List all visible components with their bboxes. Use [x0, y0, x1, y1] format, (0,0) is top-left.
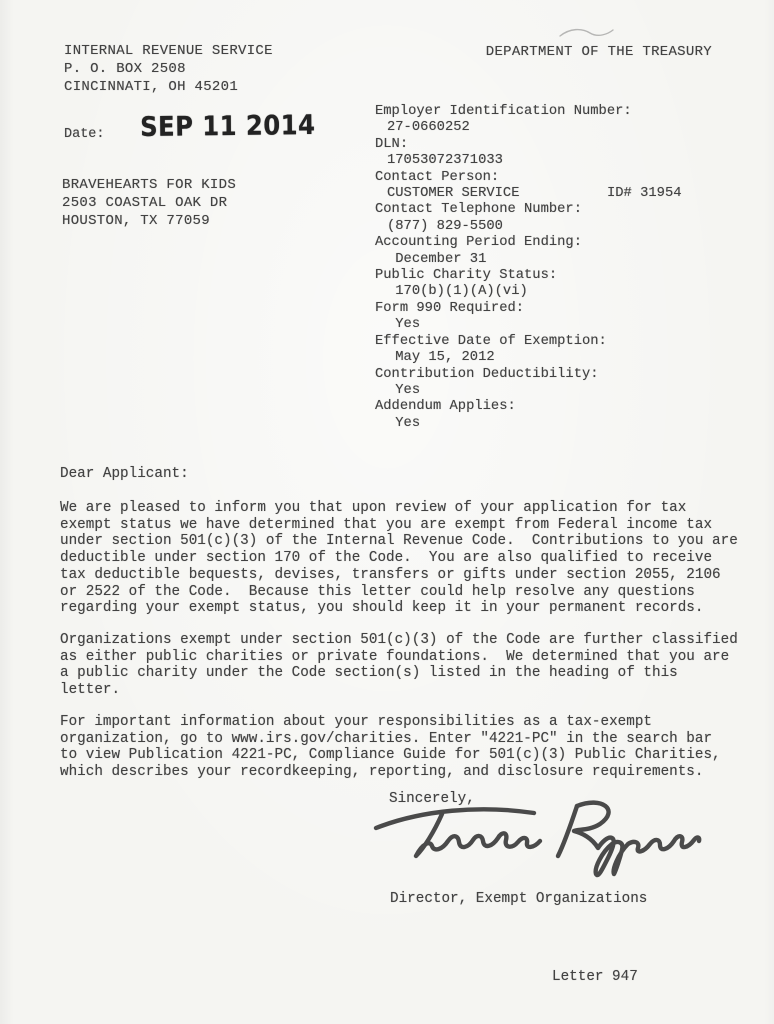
letter-page: INTERNAL REVENUE SERVICE P. O. BOX 2508 …: [0, 0, 774, 1024]
info-label: Effective Date of Exemption:: [375, 334, 735, 350]
sender-address: INTERNAL REVENUE SERVICE P. O. BOX 2508 …: [64, 42, 273, 96]
info-label: Contribution Deductibility:: [375, 367, 735, 383]
signature: Tamera Ripperda: [370, 792, 702, 884]
recipient-address: BRAVEHEARTS FOR KIDS 2503 COASTAL OAK DR…: [62, 176, 236, 230]
letter-number: Letter 947: [552, 969, 638, 985]
info-value: May 15, 2012: [375, 350, 735, 366]
info-value: CUSTOMER SERVICE: [375, 186, 519, 201]
sender-line-1: INTERNAL REVENUE SERVICE: [64, 42, 273, 60]
signature-handwriting: [370, 792, 702, 884]
sender-line-2: P. O. BOX 2508: [64, 60, 273, 78]
info-item-contact-person: Contact Person: CUSTOMER SERVICE ID# 319…: [375, 170, 735, 203]
info-label: Form 990 Required:: [375, 301, 735, 317]
info-value: (877) 829-5500: [375, 219, 735, 235]
date-stamp: SEP 11 2014: [140, 110, 316, 143]
body-paragraph-1: We are pleased to inform you that upon r…: [60, 500, 766, 617]
info-list: Employer Identification Number: 27-06602…: [375, 104, 735, 432]
info-item-contact-phone: Contact Telephone Number: (877) 829-5500: [375, 202, 735, 235]
info-item-effective-date: Effective Date of Exemption: May 15, 201…: [375, 334, 735, 367]
body-paragraph-2: Organizations exempt under section 501(c…: [60, 632, 766, 699]
info-item-form-990: Form 990 Required: Yes: [375, 301, 735, 334]
salutation: Dear Applicant:: [60, 466, 189, 482]
sender-line-3: CINCINNATI, OH 45201: [64, 78, 273, 96]
info-value: December 31: [375, 252, 735, 268]
info-item-addendum: Addendum Applies: Yes: [375, 399, 735, 432]
signer-title: Director, Exempt Organizations: [390, 891, 647, 907]
info-item-deductibility: Contribution Deductibility: Yes: [375, 367, 735, 400]
body-paragraph-3: For important information about your res…: [60, 714, 766, 781]
info-label: Contact Person:: [375, 170, 735, 186]
info-label: Contact Telephone Number:: [375, 202, 735, 218]
info-label: Employer Identification Number:: [375, 104, 735, 120]
department-header: DEPARTMENT OF THE TREASURY: [486, 44, 712, 60]
info-label: Addendum Applies:: [375, 399, 735, 415]
info-item-accounting-period: Accounting Period Ending: December 31: [375, 235, 735, 268]
recipient-name: BRAVEHEARTS FOR KIDS: [62, 176, 236, 194]
info-value: 17053072371033: [375, 153, 735, 169]
info-value: 27-0660252: [375, 120, 735, 136]
info-item-ein: Employer Identification Number: 27-06602…: [375, 104, 735, 137]
info-item-dln: DLN: 17053072371033: [375, 137, 735, 170]
info-value: Yes: [375, 383, 735, 399]
info-value: Yes: [375, 416, 735, 432]
contact-id: ID# 31954: [607, 186, 682, 202]
scan-artifact-mark: [556, 24, 616, 42]
info-value: Yes: [375, 317, 735, 333]
date-label: Date:: [64, 127, 105, 142]
info-value: 170(b)(1)(A)(vi): [375, 284, 735, 300]
info-label: Public Charity Status:: [375, 268, 735, 284]
recipient-city: HOUSTON, TX 77059: [62, 212, 236, 230]
recipient-street: 2503 COASTAL OAK DR: [62, 194, 236, 212]
info-label: Accounting Period Ending:: [375, 235, 735, 251]
info-label: DLN:: [375, 137, 735, 153]
info-item-charity-status: Public Charity Status: 170(b)(1)(A)(vi): [375, 268, 735, 301]
